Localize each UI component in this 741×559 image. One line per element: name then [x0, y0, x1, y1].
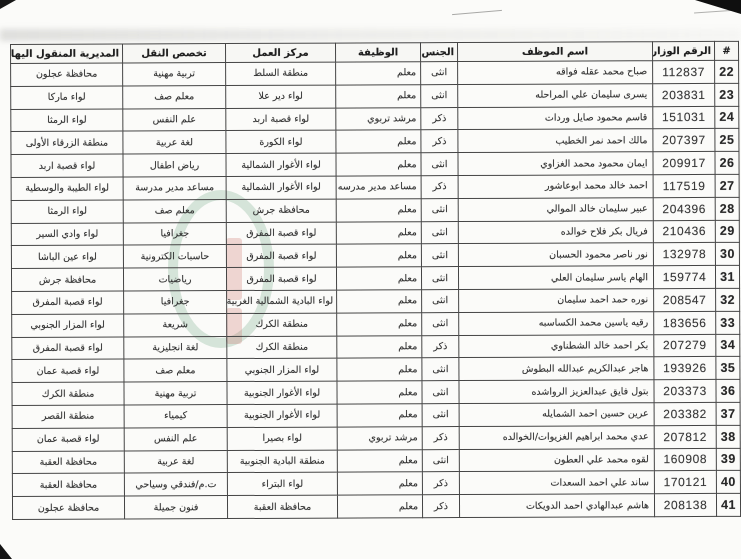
cell-transfer-specialty: تربية مهنية: [123, 63, 226, 86]
cell-work-center: لواء قصبة اربد: [226, 108, 336, 131]
cell-gender: انثى: [421, 198, 458, 221]
column-header-employee-name: اسم الموظف: [457, 42, 652, 62]
scan-corner-artifact: [0, 544, 12, 559]
table-row: 37203382عرين حسين احمد الشمايلهانثىمعلمل…: [12, 402, 740, 428]
cell-ministry-id: 203373: [654, 380, 716, 403]
cell-job: معلم: [336, 244, 421, 267]
table-row: 23203831يسرى سليمان علي المراحلهانثىمعلم…: [11, 83, 739, 109]
cell-transfer-specialty: شريعة: [124, 313, 227, 336]
scan-line-artifact: [452, 10, 502, 15]
document-scan: # الرقم الوزاري اسم الموظف الجنس الوظيفة…: [10, 41, 741, 520]
cell-transfer-specialty: علم النفس: [123, 108, 226, 131]
cell-num: 39: [716, 448, 740, 471]
column-header-ministry-id: الرقم الوزاري: [652, 41, 714, 60]
cell-num: 32: [716, 288, 740, 311]
cell-transfer-specialty: رياضيات: [123, 268, 226, 291]
cell-name: لقوه محمد علي العطون: [459, 448, 654, 472]
cell-directorate: منطقة القصر: [12, 405, 124, 428]
cell-transfer-specialty: معلم صف: [123, 199, 226, 222]
scan-corner-artifact: [695, 0, 741, 14]
cell-name: ايمان محمود محمد الغزاوي: [458, 152, 653, 176]
cell-directorate: لواء وادي السير: [11, 223, 123, 246]
cell-gender: انثى: [421, 221, 458, 244]
cell-gender: انثى: [421, 153, 458, 176]
table-row: 35193926هاجر عبدالكريم عبدالله البطوشانث…: [12, 357, 740, 383]
cell-directorate: لواء الرمثا: [11, 200, 123, 223]
column-header-destination-directorate: المديرية المنقول اليها: [11, 44, 123, 63]
cell-directorate: لواء قصبة المفرق: [12, 291, 124, 314]
cell-ministry-id: 208547: [654, 288, 716, 311]
scan-corner-artifact: [0, 0, 16, 9]
cell-job: معلم: [336, 221, 421, 244]
cell-name: احمد خالد محمد ابوعاشور: [458, 175, 653, 199]
cell-directorate: لواء قصبة عمان: [12, 359, 124, 382]
table-body: 22112837صباح محمد عقله فواقهانثىمعلممنطق…: [11, 60, 741, 519]
transfer-table: # الرقم الوزاري اسم الموظف الجنس الوظيفة…: [10, 41, 741, 520]
cell-num: 33: [716, 311, 740, 334]
cell-name: نور ناصر محمود الحسبان: [458, 243, 653, 267]
cell-ministry-id: 183656: [654, 311, 716, 334]
cell-gender: انثى: [422, 312, 459, 335]
cell-gender: انثى: [422, 449, 459, 472]
cell-job: معلم: [337, 358, 422, 381]
cell-work-center: لواء قصبة المفرق: [226, 222, 336, 245]
cell-directorate: لواء عين الباشا: [11, 245, 123, 268]
cell-name: يسرى سليمان علي المراحله: [458, 83, 653, 107]
cell-num: 28: [715, 197, 739, 220]
cell-job: معلم: [337, 335, 422, 358]
cell-directorate: منطقة الكرك: [12, 382, 124, 405]
cell-directorate: لواء المزار الجنوبي: [12, 314, 124, 337]
cell-transfer-specialty: مساعد مدير مدرسة: [123, 177, 226, 200]
cell-work-center: لواء الأغوار الشمالية: [226, 176, 336, 199]
cell-gender: ذكر: [422, 335, 459, 358]
cell-directorate: محافظة عجلون: [11, 63, 123, 86]
cell-ministry-id: 117519: [653, 174, 715, 197]
cell-directorate: لواء قصبة اربد: [11, 154, 123, 177]
cell-name: عبير سليمان خالد الموالي: [458, 197, 653, 221]
table-row: 32208547نوره حمد احمد سليمانانثىمعلملواء…: [12, 288, 740, 314]
cell-num: 31: [715, 265, 739, 288]
cell-transfer-specialty: تربية مهنية: [124, 382, 227, 405]
cell-ministry-id: 203382: [654, 402, 716, 425]
cell-directorate: محافظة العقبة: [12, 451, 124, 474]
cell-job: مرشد تربوي: [336, 107, 421, 130]
cell-transfer-specialty: ت.م/فندقي وسياحي: [124, 473, 227, 496]
cell-ministry-id: 112837: [653, 60, 715, 83]
cell-transfer-specialty: علم النفس: [124, 427, 227, 450]
cell-work-center: لواء قصبة المفرق: [226, 267, 336, 290]
table-row: 25207397مالك احمد نمر الخطيبذكرمعلملواء …: [11, 129, 739, 155]
cell-transfer-specialty: معلم صف: [124, 359, 227, 382]
cell-work-center: لواء دير علا: [226, 85, 336, 108]
cell-work-center: لواء المزار الجنوبي: [227, 358, 337, 381]
table-row: 29210436فريال بكر فلاح خوالدهانثىمعلملوا…: [11, 220, 739, 246]
scanned-document-page: { "table": { "headers": ["#", "الرقم الو…: [0, 0, 741, 559]
cell-ministry-id: 170121: [654, 471, 716, 494]
column-header-gender: الجنس: [420, 43, 457, 62]
cell-num: 34: [716, 334, 740, 357]
cell-name: ساند علي احمد السعدات: [459, 471, 654, 495]
cell-directorate: لواء قصبة عمان: [12, 428, 124, 451]
cell-work-center: لواء بصيرا: [227, 427, 337, 450]
cell-name: صباح محمد عقله فواقه: [458, 61, 653, 85]
cell-transfer-specialty: لغة انجليزية: [124, 336, 227, 359]
cell-work-center: محافظة جرش: [226, 199, 336, 222]
column-header-job-title: الوظيفة: [335, 43, 420, 62]
cell-ministry-id: 207279: [654, 334, 716, 357]
table-row: 33183656رقيه ياسين محمد الكساسبهانثىمعلم…: [12, 311, 740, 337]
cell-job: معلم: [336, 198, 421, 221]
scan-smudge: [0, 29, 741, 41]
table-row: 30132978نور ناصر محمود الحسبانانثىمعلملو…: [11, 243, 739, 269]
cell-gender: ذكر: [422, 426, 459, 449]
cell-ministry-id: 207812: [654, 425, 716, 448]
cell-ministry-id: 203831: [653, 83, 715, 106]
column-header-row-number: #: [714, 41, 738, 60]
table-row: 24151031قاسم محمود صايل ورداتذكرمرشد ترب…: [11, 106, 739, 132]
cell-ministry-id: 207397: [653, 129, 715, 152]
cell-name: رقيه ياسين محمد الكساسبه: [459, 311, 654, 335]
cell-transfer-specialty: معلم صف: [123, 85, 226, 108]
cell-num: 24: [715, 106, 739, 129]
cell-job: معلم: [337, 495, 422, 518]
cell-gender: انثى: [421, 84, 458, 107]
cell-gender: انثى: [421, 267, 458, 290]
cell-work-center: منطقة البادية الجنوبية: [227, 450, 337, 473]
cell-work-center: منطقة الكرك: [227, 336, 337, 359]
cell-work-center: لواء الكورة: [226, 130, 336, 153]
cell-transfer-specialty: لغة عربية: [123, 131, 226, 154]
table-row: 41208138هاشم عبدالهادي احمد الدويكاتذكرم…: [12, 493, 740, 519]
cell-gender: انثى: [422, 290, 459, 313]
cell-job: معلم: [336, 85, 421, 108]
cell-transfer-specialty: حاسبات الكترونية: [123, 245, 226, 268]
table-row: 26209917ايمان محمود محمد الغزاويانثىمعلم…: [11, 152, 739, 178]
cell-transfer-specialty: جغرافيا: [123, 222, 226, 245]
cell-name: هاشم عبدالهادي احمد الدويكات: [459, 494, 654, 518]
cell-name: عدي محمد ابراهيم الغزيوات/الخوالده: [459, 425, 654, 449]
cell-num: 41: [716, 493, 740, 516]
cell-gender: ذكر: [421, 107, 458, 130]
cell-name: الهام ياسر سليمان العلي: [458, 266, 653, 290]
table-row: 28204396عبير سليمان خالد المواليانثىمعلم…: [11, 197, 739, 223]
cell-num: 40: [716, 471, 740, 494]
cell-work-center: لواء الأغوار الجنوبية: [227, 404, 337, 427]
cell-job: مرشد تربوي: [337, 426, 422, 449]
cell-name: هاجر عبدالكريم عبدالله البطوش: [459, 357, 654, 381]
cell-job: معلم: [336, 130, 421, 153]
column-header-transfer-specialty: تخصص النقل: [123, 44, 226, 63]
cell-job: مساعد مدير مدرسه: [336, 176, 421, 199]
table-row: 34207279بكر احمد خالد الشطناويذكرمعلممنط…: [12, 334, 740, 360]
cell-gender: انثى: [422, 358, 459, 381]
cell-gender: ذكر: [421, 176, 458, 199]
table-row: 40170121ساند علي احمد السعداتذكرمعلملواء…: [12, 471, 740, 497]
table-row: 36203373بتول فايق عبدالعزيز الرواشدهانثى…: [12, 379, 740, 405]
cell-num: 35: [716, 357, 740, 380]
cell-work-center: محافظة العقبة: [227, 495, 337, 518]
cell-ministry-id: 208138: [654, 494, 716, 517]
cell-job: معلم: [336, 267, 421, 290]
cell-num: 22: [715, 60, 739, 83]
cell-work-center: لواء الأغوار الجنوبية: [227, 381, 337, 404]
cell-directorate: منطقة الزرقاء الأولى: [11, 131, 123, 154]
table-row: 22112837صباح محمد عقله فواقهانثىمعلممنطق…: [11, 60, 739, 86]
cell-ministry-id: 209917: [653, 152, 715, 175]
cell-transfer-specialty: رياض اطفال: [123, 154, 226, 177]
cell-num: 27: [715, 174, 739, 197]
cell-job: معلم: [337, 381, 422, 404]
cell-ministry-id: 204396: [653, 197, 715, 220]
cell-job: معلم: [337, 472, 422, 495]
cell-ministry-id: 132978: [653, 243, 715, 266]
cell-work-center: منطقة السلط: [226, 62, 336, 85]
cell-name: بتول فايق عبدالعزيز الرواشده: [459, 380, 654, 404]
cell-gender: انثى: [422, 403, 459, 426]
cell-name: عرين حسين احمد الشمايله: [459, 403, 654, 427]
cell-name: بكر احمد خالد الشطناوي: [459, 334, 654, 358]
cell-transfer-specialty: لغة عربية: [124, 450, 227, 473]
cell-gender: ذكر: [422, 495, 459, 518]
cell-work-center: لواء البادية الشمالية الغربية: [227, 290, 337, 313]
cell-work-center: لواء البتراء: [227, 472, 337, 495]
cell-job: معلم: [337, 312, 422, 335]
table-row: 39160908لقوه محمد علي العطونانثىمعلممنطق…: [12, 448, 740, 474]
cell-gender: ذكر: [422, 472, 459, 495]
cell-name: نوره حمد احمد سليمان: [459, 289, 654, 313]
cell-directorate: محافظة جرش: [11, 268, 123, 291]
table-row: 27117519احمد خالد محمد ابوعاشورذكرمساعد …: [11, 174, 739, 200]
cell-job: معلم: [337, 404, 422, 427]
cell-work-center: منطقة الكرك: [227, 313, 337, 336]
cell-work-center: لواء الأغوار الشمالية: [226, 153, 336, 176]
cell-ministry-id: 159774: [653, 266, 715, 289]
cell-transfer-specialty: كيمياء: [124, 405, 227, 428]
cell-directorate: محافظة العقبة: [12, 473, 124, 496]
cell-name: مالك احمد نمر الخطيب: [458, 129, 653, 153]
cell-ministry-id: 193926: [654, 357, 716, 380]
cell-work-center: لواء قصبة المفرق: [226, 244, 336, 267]
column-header-work-center: مركز العمل: [226, 43, 336, 62]
cell-job: معلم: [337, 449, 422, 472]
cell-gender: ذكر: [421, 130, 458, 153]
cell-num: 37: [716, 402, 740, 425]
cell-directorate: لواء الرمثا: [11, 109, 123, 132]
cell-ministry-id: 151031: [653, 106, 715, 129]
cell-gender: انثى: [421, 244, 458, 267]
cell-gender: انثى: [421, 62, 458, 85]
cell-num: 26: [715, 152, 739, 175]
cell-num: 23: [715, 83, 739, 106]
cell-directorate: محافظة عجلون: [12, 496, 124, 519]
cell-job: معلم: [336, 153, 421, 176]
cell-transfer-specialty: جغرافيا: [124, 291, 227, 314]
cell-directorate: لواء قصبة المفرق: [12, 337, 124, 360]
table-row: 31159774الهام ياسر سليمان العليانثىمعلمل…: [11, 265, 739, 291]
cell-directorate: لواء ماركا: [11, 86, 123, 109]
cell-transfer-specialty: فنون جميلة: [124, 496, 227, 519]
cell-gender: انثى: [422, 381, 459, 404]
cell-num: 29: [715, 220, 739, 243]
cell-num: 36: [716, 379, 740, 402]
cell-num: 25: [715, 129, 739, 152]
cell-name: فريال بكر فلاح خوالده: [458, 220, 653, 244]
cell-job: معلم: [336, 62, 421, 85]
cell-ministry-id: 160908: [654, 448, 716, 471]
table-row: 38207812عدي محمد ابراهيم الغزيوات/الخوال…: [12, 425, 740, 451]
cell-directorate: لواء الطيبة والوسطية: [11, 177, 123, 200]
cell-job: معلم: [337, 290, 422, 313]
cell-name: قاسم محمود صايل وردات: [458, 106, 653, 130]
cell-num: 38: [716, 425, 740, 448]
cell-num: 30: [715, 243, 739, 266]
cell-ministry-id: 210436: [653, 220, 715, 243]
